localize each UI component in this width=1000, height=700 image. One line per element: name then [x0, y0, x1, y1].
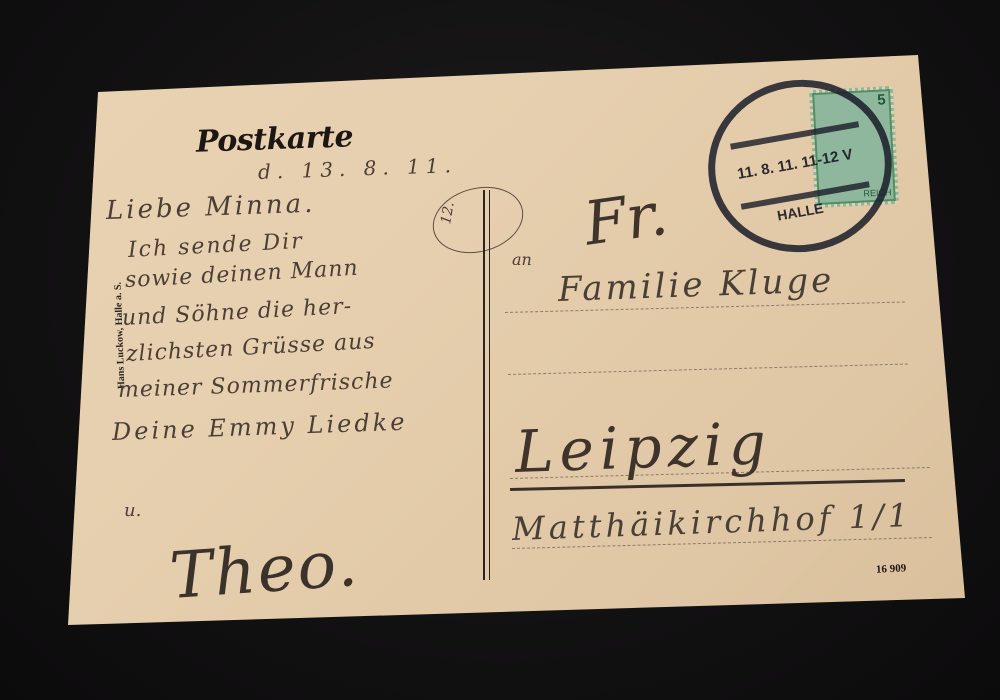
- postcard: Postkarte Hans Luckow, Halle a. S. d. 13…: [0, 0, 1000, 700]
- message-conjunction: u.: [124, 500, 141, 521]
- stamp-value: 5: [877, 91, 886, 108]
- signature-theo: Theo.: [167, 527, 361, 614]
- postmark-place: HALLE: [776, 200, 825, 224]
- center-divider-line: [489, 190, 490, 580]
- address-prefix: an: [512, 250, 532, 269]
- postcard-title: Postkarte: [195, 119, 353, 159]
- address-city: Leipzig: [514, 409, 773, 486]
- center-divider-line: [483, 190, 485, 580]
- serial-number: 16 909: [876, 562, 907, 576]
- address-honorific: Fr.: [580, 179, 672, 260]
